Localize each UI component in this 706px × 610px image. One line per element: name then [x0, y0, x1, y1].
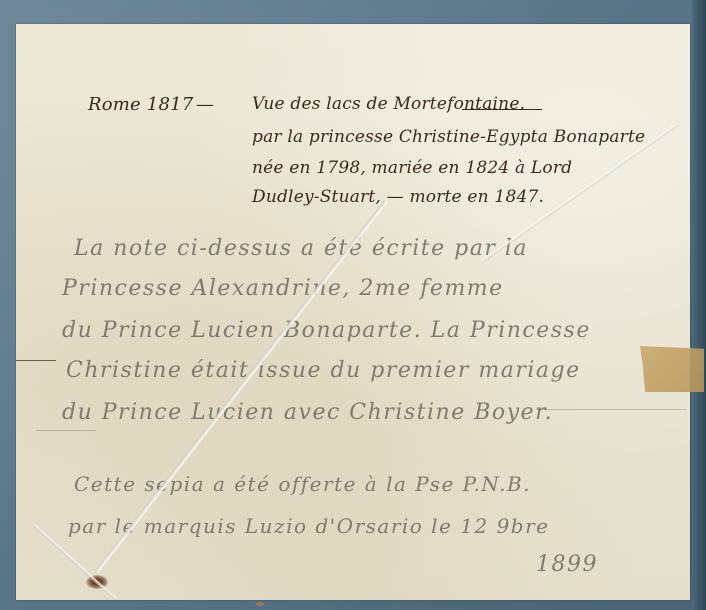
small-stain	[256, 602, 264, 606]
ink-line-4: Dudley-Stuart, — morte en 1847.	[252, 187, 544, 207]
pencil-line-2: Princesse Alexandrine, 2me femme	[62, 276, 504, 301]
dedication-year: 1899	[536, 552, 598, 577]
frame-edge-shadow	[692, 0, 706, 610]
pencil-line-3: du Prince Lucien Bonaparte. La Princesse	[62, 318, 591, 343]
dedication-line-1: Cette sepia a été offerte à la Pse P.N.B…	[74, 472, 531, 496]
ink-flourish	[462, 109, 542, 110]
pencil-line-5: du Prince Lucien avec Christine Boyer.	[62, 400, 553, 425]
left-edge-mark	[16, 360, 56, 361]
ink-line-1: Vue des lacs de Mortefontaine.	[252, 94, 525, 114]
document-paper: Rome 1817 — Vue des lacs de Mortefontain…	[16, 24, 690, 600]
pencil-line-1: La note ci-dessus a été écrite par la	[74, 236, 528, 261]
faint-rule-line	[536, 409, 686, 410]
place-date: Rome 1817	[88, 94, 193, 115]
tape-patch	[640, 346, 704, 392]
ink-line-2: par la princesse Christine-Egypta Bonapa…	[252, 127, 645, 147]
pencil-line-4: Christine était issue du premier mariage	[66, 358, 581, 383]
faint-rule-line	[36, 430, 96, 431]
ink-line-3: née en 1798, mariée en 1824 à Lord	[252, 158, 572, 178]
dash: —	[196, 94, 214, 115]
